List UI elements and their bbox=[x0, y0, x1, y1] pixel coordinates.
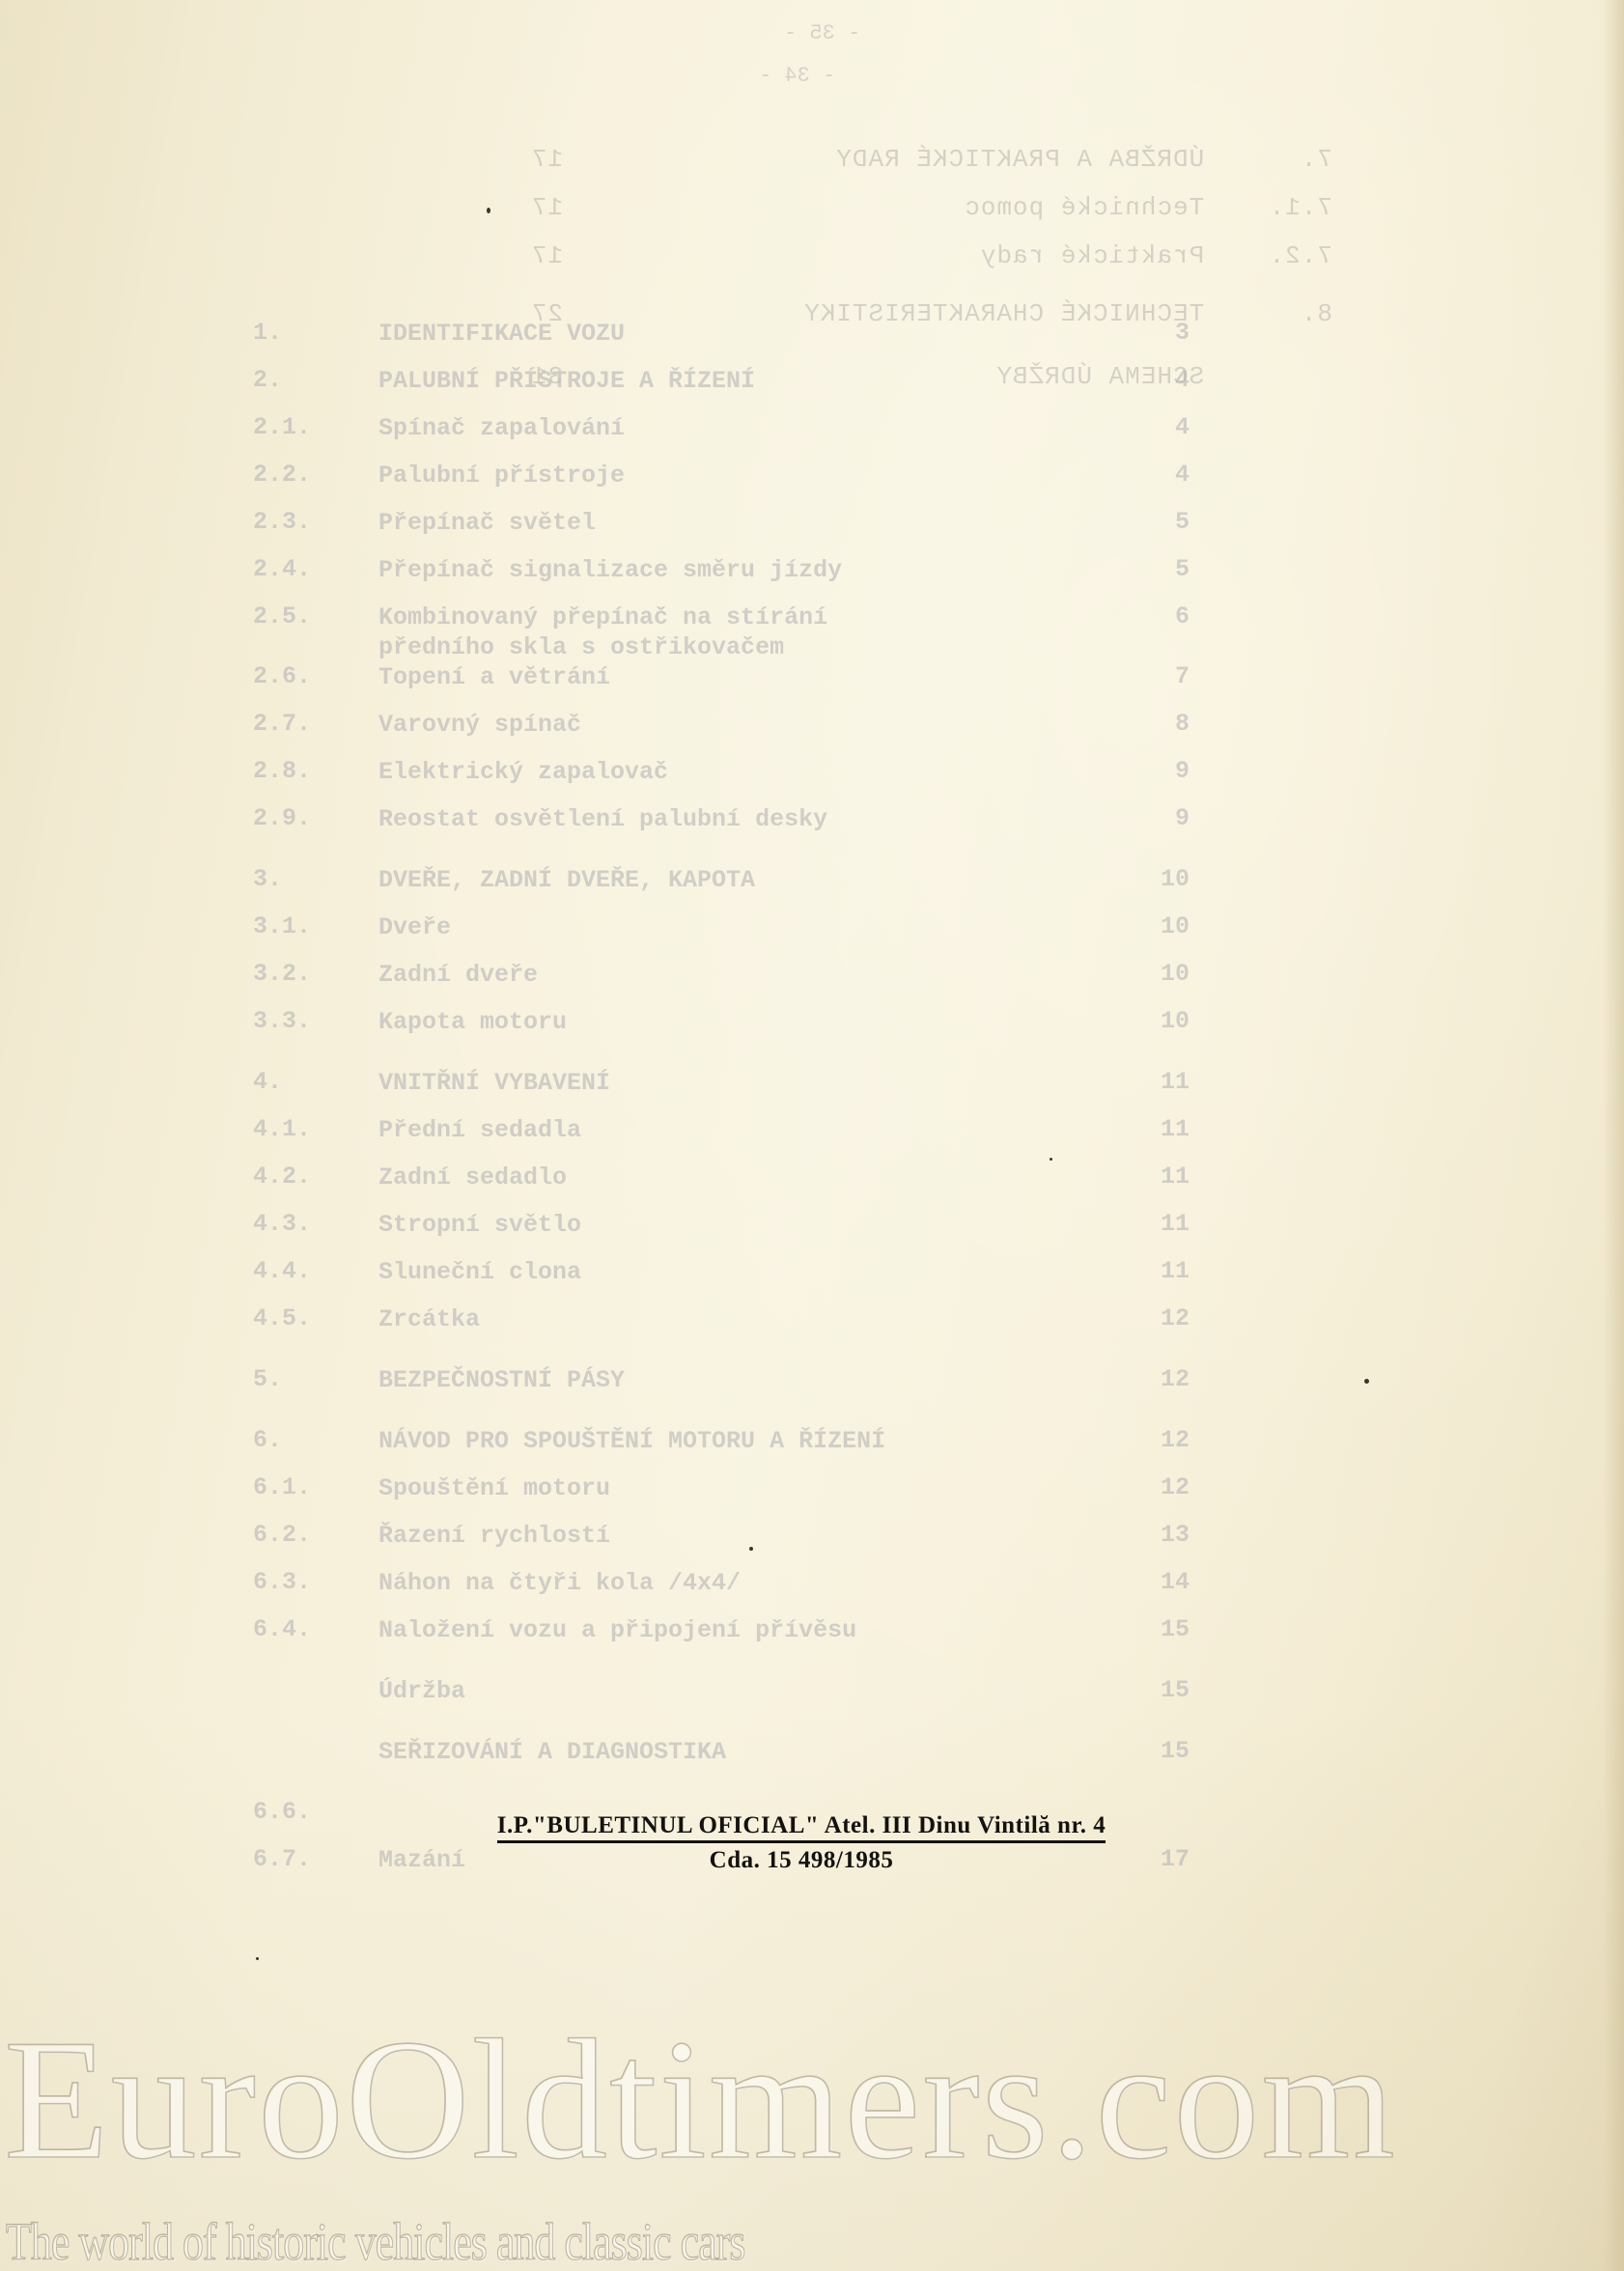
toc-entry-page: 7 bbox=[1132, 662, 1190, 690]
toc-entry: 2.PALUBNÍ PŘÍSTROJE A ŘÍZENÍ4 bbox=[253, 366, 1190, 413]
toc-entry: 2.6.Topení a větrání7 bbox=[253, 662, 1190, 710]
toc-entry-number: 2.2. bbox=[253, 461, 378, 489]
toc-entry-number: 4.4. bbox=[253, 1257, 378, 1285]
toc-entry-page: 12 bbox=[1132, 1365, 1190, 1393]
toc-entry: 4.VNITŘNÍ VYBAVENÍ11 bbox=[253, 1068, 1190, 1115]
toc-entry-number: 2.8. bbox=[253, 757, 378, 785]
toc-entry: 2.8.Elektrický zapalovač9 bbox=[253, 757, 1190, 804]
toc-entry-title: Kombinovaný přepínač na stírání předního… bbox=[378, 603, 1132, 662]
toc-entry: 2.7.Varovný spínač8 bbox=[253, 710, 1190, 757]
toc-entry-page: 8 bbox=[1132, 710, 1190, 738]
toc-entry-number: 2. bbox=[253, 366, 378, 394]
paper-speck bbox=[256, 1957, 259, 1960]
toc-entry-title: NÁVOD PRO SPOUŠTĚNÍ MOTORU A ŘÍZENÍ bbox=[378, 1426, 1132, 1456]
toc-entry-title: Sluneční clona bbox=[378, 1257, 1132, 1287]
toc-entry-page: 6 bbox=[1132, 603, 1190, 631]
toc-entry-page: 15 bbox=[1132, 1737, 1190, 1765]
paper-speck bbox=[1050, 1158, 1052, 1161]
toc-entry: 2.3.Přepínač světel5 bbox=[253, 508, 1190, 555]
toc-entry-number: 6.7. bbox=[253, 1845, 378, 1873]
toc-entry-number: 4.1. bbox=[253, 1115, 378, 1143]
toc-entry-page: 15 bbox=[1132, 1676, 1190, 1704]
mirrored-entry: 7. ÚDRŽBA A PRAKTICKÉ RADY 17 bbox=[463, 145, 1332, 174]
toc-entry: 3.DVEŘE, ZADNÍ DVEŘE, KAPOTA10 bbox=[253, 865, 1190, 912]
toc-entry: 6.3.Náhon na čtyři kola /4x4/14 bbox=[253, 1568, 1190, 1615]
toc-entry-title: SEŘIZOVÁNÍ A DIAGNOSTIKA bbox=[378, 1737, 1132, 1767]
toc-entry: 4.1.Přední sedadla11 bbox=[253, 1115, 1190, 1163]
toc-entry-page: 9 bbox=[1132, 804, 1190, 832]
toc-entry-page: 11 bbox=[1132, 1163, 1190, 1191]
toc-entry-title: Údržba bbox=[378, 1676, 1132, 1706]
toc-entry-number: 4. bbox=[253, 1068, 378, 1096]
toc-entry-page: 12 bbox=[1132, 1304, 1190, 1332]
toc-entry: SEŘIZOVÁNÍ A DIAGNOSTIKA15 bbox=[253, 1737, 1190, 1784]
toc-entry-title: Stropní světlo bbox=[378, 1210, 1132, 1240]
toc-entry: 6.4.Naložení vozu a připojení přívěsu15 bbox=[253, 1615, 1190, 1663]
toc-entry-number: 6. bbox=[253, 1426, 378, 1454]
toc-entry-number: 5. bbox=[253, 1365, 378, 1393]
toc-entry-title: Zadní sedadlo bbox=[378, 1163, 1132, 1192]
table-of-contents-show-through: 1.IDENTIFIKACE VOZU32.PALUBNÍ PŘÍSTROJE … bbox=[253, 319, 1190, 1892]
toc-entry-title: Reostat osvětlení palubní desky bbox=[378, 804, 1132, 834]
toc-entry-title: Náhon na čtyři kola /4x4/ bbox=[378, 1568, 1132, 1598]
toc-entry-title: Dveře bbox=[378, 912, 1132, 942]
paper-speck bbox=[749, 1547, 753, 1551]
toc-entry-number: 2.7. bbox=[253, 710, 378, 738]
toc-entry-title: Naložení vozu a připojení přívěsu bbox=[378, 1615, 1132, 1645]
toc-entry: 3.3.Kapota motoru10 bbox=[253, 1007, 1190, 1054]
ghost-page-number-top: - 35 - bbox=[784, 21, 860, 45]
toc-entry: 2.2.Palubní přístroje4 bbox=[253, 461, 1190, 508]
toc-entry-title: Kapota motoru bbox=[378, 1007, 1132, 1037]
toc-entry-page: 5 bbox=[1132, 555, 1190, 583]
printer-imprint: I.P."BULETINUL OFICIAL" Atel. III Dinu V… bbox=[386, 1812, 1217, 1874]
toc-entry-title: Varovný spínač bbox=[378, 710, 1132, 740]
toc-entry: 4.4.Sluneční clona11 bbox=[253, 1257, 1190, 1304]
toc-entry-page: 4 bbox=[1132, 366, 1190, 394]
toc-entry-number: 2.4. bbox=[253, 555, 378, 583]
toc-entry-number: 6.1. bbox=[253, 1473, 378, 1501]
toc-entry: 4.3.Stropní světlo11 bbox=[253, 1210, 1190, 1257]
toc-entry-number: 1. bbox=[253, 319, 378, 347]
imprint-order-number: Cda. 15 498/1985 bbox=[386, 1847, 1217, 1874]
toc-entry-page: 11 bbox=[1132, 1115, 1190, 1143]
toc-entry-number: 4.3. bbox=[253, 1210, 378, 1238]
toc-entry: 1.IDENTIFIKACE VOZU3 bbox=[253, 319, 1190, 366]
toc-entry-page: 11 bbox=[1132, 1068, 1190, 1096]
toc-entry-page: 12 bbox=[1132, 1426, 1190, 1454]
toc-entry: 2.4.Přepínač signalizace směru jízdy5 bbox=[253, 555, 1190, 603]
toc-entry-page: 12 bbox=[1132, 1473, 1190, 1501]
toc-entry-number: 3.1. bbox=[253, 912, 378, 940]
toc-entry-page: 3 bbox=[1132, 319, 1190, 347]
toc-entry-page: 13 bbox=[1132, 1521, 1190, 1549]
mirrored-entry: 7.2. Praktické rady 17 bbox=[463, 241, 1332, 270]
toc-entry: 4.5.Zrcátka12 bbox=[253, 1304, 1190, 1352]
toc-entry-number: 2.5. bbox=[253, 603, 378, 631]
toc-entry-title: Přední sedadla bbox=[378, 1115, 1132, 1145]
toc-entry-number: 4.2. bbox=[253, 1163, 378, 1191]
page-edge-shadow bbox=[1603, 0, 1624, 2271]
toc-entry: 4.2.Zadní sedadlo11 bbox=[253, 1163, 1190, 1210]
toc-entry-number: 6.6. bbox=[253, 1798, 378, 1826]
toc-entry-title: Elektrický zapalovač bbox=[378, 757, 1132, 787]
toc-entry-number: 3.2. bbox=[253, 960, 378, 988]
toc-entry-page: 4 bbox=[1132, 461, 1190, 489]
toc-entry-number: 2.1. bbox=[253, 413, 378, 441]
toc-entry-title: IDENTIFIKACE VOZU bbox=[378, 319, 1132, 349]
toc-entry-title: Spouštění motoru bbox=[378, 1473, 1132, 1503]
toc-entry-page: 5 bbox=[1132, 508, 1190, 536]
toc-entry-number: 2.9. bbox=[253, 804, 378, 832]
toc-entry-number: 3. bbox=[253, 865, 378, 893]
toc-entry-number: 2.6. bbox=[253, 662, 378, 690]
toc-entry-title: Palubní přístroje bbox=[378, 461, 1132, 491]
toc-entry-number: 6.3. bbox=[253, 1568, 378, 1596]
toc-entry-number: 3.3. bbox=[253, 1007, 378, 1035]
toc-entry-number: 4.5. bbox=[253, 1304, 378, 1332]
watermark-tagline: The world of historic vehicles and class… bbox=[6, 2211, 745, 2271]
toc-entry-page: 10 bbox=[1132, 912, 1190, 940]
toc-entry: 2.1.Spínač zapalování4 bbox=[253, 413, 1190, 461]
toc-entry-title: Zrcátka bbox=[378, 1304, 1132, 1334]
toc-entry-page: 14 bbox=[1132, 1568, 1190, 1596]
toc-entry: 3.1.Dveře10 bbox=[253, 912, 1190, 960]
toc-entry: 2.5.Kombinovaný přepínač na stírání před… bbox=[253, 603, 1190, 662]
toc-entry: 6.1.Spouštění motoru12 bbox=[253, 1473, 1190, 1521]
toc-entry-number: 6.2. bbox=[253, 1521, 378, 1549]
toc-entry-page: 15 bbox=[1132, 1615, 1190, 1643]
toc-entry-title: VNITŘNÍ VYBAVENÍ bbox=[378, 1068, 1132, 1098]
toc-entry: Údržba15 bbox=[253, 1676, 1190, 1724]
toc-entry-page: 11 bbox=[1132, 1257, 1190, 1285]
paper-speck bbox=[487, 208, 490, 213]
toc-entry: 6.2.Řazení rychlostí13 bbox=[253, 1521, 1190, 1568]
toc-entry-number: 6.4. bbox=[253, 1615, 378, 1643]
toc-entry-page: 4 bbox=[1132, 413, 1190, 441]
toc-entry-page: 9 bbox=[1132, 757, 1190, 785]
toc-entry-page: 10 bbox=[1132, 1007, 1190, 1035]
toc-entry: 3.2.Zadní dveře10 bbox=[253, 960, 1190, 1007]
toc-entry-title: Spínač zapalování bbox=[378, 413, 1132, 443]
toc-entry-title: Zadní dveře bbox=[378, 960, 1132, 990]
toc-entry-title: BEZPEČNOSTNÍ PÁSY bbox=[378, 1365, 1132, 1395]
imprint-printer-line: I.P."BULETINUL OFICIAL" Atel. III Dinu V… bbox=[497, 1812, 1106, 1843]
toc-entry-title: Topení a větrání bbox=[378, 662, 1132, 692]
toc-entry-title: Řazení rychlostí bbox=[378, 1521, 1132, 1551]
toc-entry-page: 11 bbox=[1132, 1210, 1190, 1238]
toc-entry: 5.BEZPEČNOSTNÍ PÁSY12 bbox=[253, 1365, 1190, 1413]
watermark-brand: EuroOldtimers.com bbox=[4, 2013, 1397, 2185]
mirrored-entry: 7.1. Technické pomoc 17 bbox=[463, 193, 1332, 222]
toc-entry: 2.9.Reostat osvětlení palubní desky9 bbox=[253, 804, 1190, 852]
toc-entry-title: PALUBNÍ PŘÍSTROJE A ŘÍZENÍ bbox=[378, 366, 1132, 396]
toc-entry-title: Přepínač světel bbox=[378, 508, 1132, 538]
ghost-page-number-second: - 34 - bbox=[759, 64, 835, 88]
toc-entry-title: DVEŘE, ZADNÍ DVEŘE, KAPOTA bbox=[378, 865, 1132, 895]
toc-entry-title: Přepínač signalizace směru jízdy bbox=[378, 555, 1132, 585]
toc-entry-page: 10 bbox=[1132, 865, 1190, 893]
paper-speck bbox=[1364, 1379, 1369, 1384]
toc-entry-number: 2.3. bbox=[253, 508, 378, 536]
toc-entry: 6.NÁVOD PRO SPOUŠTĚNÍ MOTORU A ŘÍZENÍ12 bbox=[253, 1426, 1190, 1473]
toc-entry-page: 10 bbox=[1132, 960, 1190, 988]
